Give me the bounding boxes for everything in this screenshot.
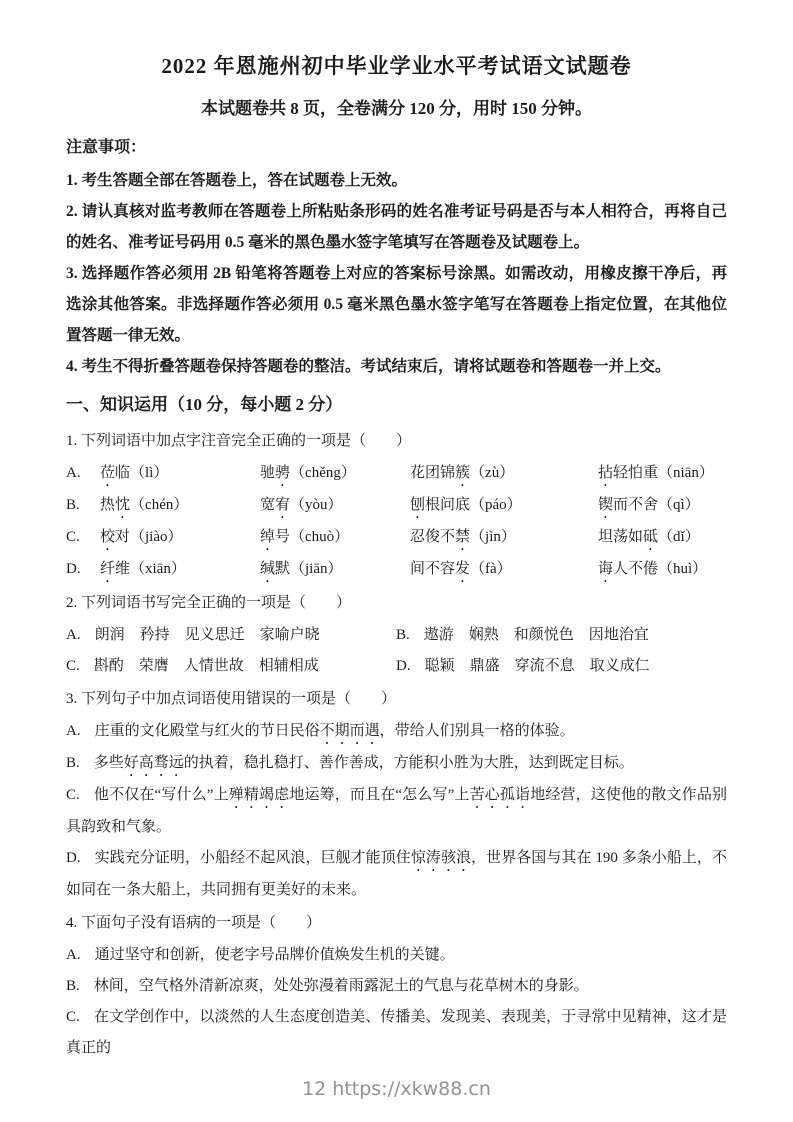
q4-option-c: C.在文学创作中，以淡然的人生态度创造美、传播美、发现美、表现美，于寻常中见精神… [66,1002,727,1064]
option-word: 花团锦簇（zù） [410,458,598,490]
exam-title: 2022 年恩施州初中毕业学业水平考试语文试题卷 [66,50,727,80]
option-word: 忍俊不禁（jìn） [410,522,598,554]
q2-option-d: D.聪颖 鼎盛 穿流不息 取义成仁 [396,651,727,682]
page-footer: 12https://xkw88.cn [0,1078,793,1100]
notice-item-1: 1. 考生答题全部在答题卷上，答在试题卷上无效。 [66,165,727,196]
option-text: 林间，空气格外清新凉爽，处处弥漫着雨露泥土的气息与花草树木的身影。 [94,978,589,994]
footer-url: https://xkw88.cn [332,1078,491,1100]
option-label: D. [66,850,81,866]
q1-option-row-b: B. 热忱（chén） 宽宥（yòu） 刨根问底（páo） 锲而不舍（qì） [66,490,727,522]
q3-option-b: B.多些好高骛远的执着，稳扎稳打、善作善成，方能积小胜为大胜，达到既定目标。 [66,748,727,780]
option-label: A. [66,723,81,739]
option-word: 锲而不舍（qì） [598,490,727,522]
option-label: D. [66,554,100,586]
option-text: 遨游 娴熟 和颜悦色 因地治宜 [424,627,649,643]
option-word: 缄默（jiān） [260,554,410,586]
option-label: A. [66,627,81,643]
q3-option-d: D.实践充分证明，小船经不起风浪，巨舰才能顶住惊涛骇浪，世界各国与其在 190 … [66,843,727,906]
option-label: D. [396,658,411,674]
option-word: 间不容发（fà） [410,554,598,586]
q1-option-row-c: C. 校对（jiào） 绰号（chuò） 忍俊不禁（jìn） 坦荡如砥（dǐ） [66,522,727,554]
footer-page-number: 12 [302,1078,326,1100]
question-4-stem: 4. 下面句子没有语病的一项是（ ） [66,908,727,938]
option-word: 拈轻怕重（niān） [598,458,727,490]
notice-item-2: 2. 请认真核对监考教师在答题卷上所粘贴条形码的姓名准考证号码是否与本人相符合，… [66,196,727,258]
option-word: 驰骋（chěng） [260,458,410,490]
q4-option-a: A.通过坚守和创新，使老字号品牌价值焕发生机的关键。 [66,940,727,971]
option-word: 校对（jiào） [100,522,260,554]
option-text: 多些好高骛远的执着，稳扎稳打、善作善成，方能积小胜为大胜，达到既定目标。 [94,755,634,771]
option-text: 聪颖 鼎盛 穿流不息 取义成仁 [425,658,650,674]
question-1-stem: 1. 下列词语中加点字注音完全正确的一项是（ ） [66,426,727,456]
option-text: 朗润 矜持 见义思迁 家喻户晓 [95,627,320,643]
q2-option-row-2: C.斟酌 荣膺 人情世故 相辅相成 D.聪颖 鼎盛 穿流不息 取义成仁 [66,651,727,682]
q2-option-c: C.斟酌 荣膺 人情世故 相辅相成 [66,651,396,682]
option-label: C. [66,787,80,803]
option-label: A. [66,947,81,963]
option-word: 坦荡如砥（dǐ） [598,522,727,554]
option-label: C. [66,522,100,554]
q3-option-a: A.庄重的文化殿堂与红火的节日民俗不期而遇，带给人们别具一格的体验。 [66,716,727,748]
exam-page: 2022 年恩施州初中毕业学业水平考试语文试题卷 本试题卷共 8 页，全卷满分 … [0,0,793,1122]
option-word: 绰号（chuò） [260,522,410,554]
page-content: 2022 年恩施州初中毕业学业水平考试语文试题卷 本试题卷共 8 页，全卷满分 … [0,0,793,1064]
section-heading: 一、知识运用（10 分，每小题 2 分） [66,390,727,420]
q1-option-row-a: A. 莅临（lì） 驰骋（chěng） 花团锦簇（zù） 拈轻怕重（niān） [66,458,727,490]
notice-item-3: 3. 选择题作答必须用 2B 铅笔将答题卷上对应的答案标号涂黑。如需改动，用橡皮… [66,258,727,351]
option-label: C. [66,1009,80,1025]
option-word: 刨根问底（páo） [410,490,598,522]
option-label: C. [66,658,80,674]
option-text: 通过坚守和创新，使老字号品牌价值焕发生机的关键。 [95,947,455,963]
q1-option-row-d: D. 纤维（xiān） 缄默（jiān） 间不容发（fà） 诲人不倦（huì） [66,554,727,586]
question-3-stem: 3. 下列句子中加点词语使用错误的一项是（ ） [66,684,727,714]
option-label: B. [66,755,80,771]
option-text: 在文学创作中，以淡然的人生态度创造美、传播美、发现美、表现美，于寻常中见精神，这… [66,1009,727,1056]
q2-option-a: A.朗润 矜持 见义思迁 家喻户晓 [66,620,396,651]
option-word: 纤维（xiān） [100,554,260,586]
option-word: 莅临（lì） [100,458,260,490]
option-text: 实践充分证明，小船经不起风浪，巨舰才能顶住惊涛骇浪，世界各国与其在 190 多条… [66,850,727,898]
option-label: B. [396,627,410,643]
q3-option-c: C.他不仅在“写什么”上殚精竭虑地运筹，而且在“怎么写”上苦心孤诣地经营，这使他… [66,780,727,843]
option-word: 热忱（chén） [100,490,260,522]
option-word: 宽宥（yòu） [260,490,410,522]
q2-option-b: B.遨游 娴熟 和颜悦色 因地治宜 [396,620,727,651]
q4-option-b: B.林间，空气格外清新凉爽，处处弥漫着雨露泥土的气息与花草树木的身影。 [66,971,727,1002]
question-2-stem: 2. 下列词语书写完全正确的一项是（ ） [66,588,727,618]
q2-option-row-1: A.朗润 矜持 见义思迁 家喻户晓 B.遨游 娴熟 和颜悦色 因地治宜 [66,620,727,651]
option-word: 诲人不倦（huì） [598,554,727,586]
notice-item-4: 4. 考生不得折叠答题卷保持答题卷的整洁。考试结束后，请将试题卷和答题卷一并上交… [66,351,727,382]
option-label: B. [66,978,80,994]
option-label: A. [66,458,100,490]
exam-subtitle: 本试题卷共 8 页，全卷满分 120 分，用时 150 分钟。 [66,94,727,119]
notice-heading: 注意事项： [66,135,727,161]
option-text: 斟酌 荣膺 人情世故 相辅相成 [94,658,319,674]
option-text: 庄重的文化殿堂与红火的节日民俗不期而遇，带给人们别具一格的体验。 [95,723,575,739]
option-label: B. [66,490,100,522]
option-text: 他不仅在“写什么”上殚精竭虑地运筹，而且在“怎么写”上苦心孤诣地经营，这使他的散… [66,787,727,835]
